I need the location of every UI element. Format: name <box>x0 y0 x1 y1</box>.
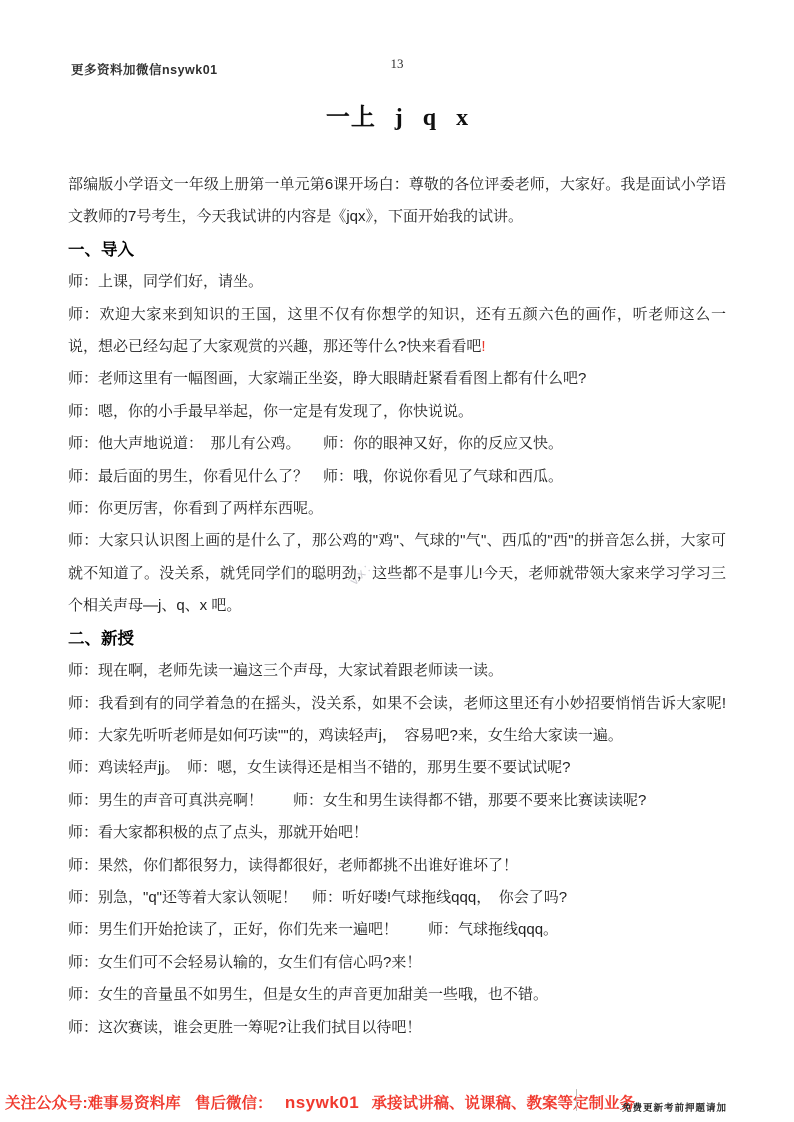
paragraph: 师：嗯，你的小手最早举起，你一定是有发现了，你快说说。 <box>68 396 726 428</box>
document-title: 一上 j q x <box>0 96 794 133</box>
promo-wechat-id: nsywk01 <box>285 1093 359 1112</box>
paragraph: 师：看大家都积极的点了点头，那就开始吧！ <box>68 817 726 849</box>
paragraph: 师：大家只认识图上画的是什么了，那公鸡的"鸡"、气球的"气"、西瓜的"西"的拼音… <box>68 525 726 622</box>
paragraph: 师：这次赛读，谁会更胜一筹呢?让我们拭目以待吧！ <box>68 1012 726 1044</box>
paragraph: 师：上课，同学们好，请坐。 <box>68 266 726 298</box>
paragraph: 师：你更厉害，你看到了两样东西呢。 <box>68 493 726 525</box>
promo-services: 承接试讲稿、说课稿、教案等定制业务 <box>372 1095 636 1112</box>
paragraph: 师：别急，"q"还等着大家认领呢！ 师：听好喽!气球拖线qqq， 你会了吗? <box>68 882 726 914</box>
paragraph: 师：现在啊，老师先读一遍这三个声母，大家试着跟老师读一读。 <box>68 655 726 687</box>
footer-divider <box>576 1089 577 1111</box>
title-letters: j q x <box>395 105 468 131</box>
promo-wechat-label: 售后微信： <box>195 1095 273 1112</box>
paragraph: 师：老师这里有一幅图画，大家端正坐姿，睁大眼睛赶紧看看图上都有什么吧? <box>68 363 726 395</box>
paragraph: 师：男生们开始抢读了，正好，你们先来一遍吧！ 师：气球拖线qqq。 <box>68 914 726 946</box>
document-page: 更多资料加微信nsywk01 13 一上 j q x vx: 部编版小学语文一年… <box>0 0 794 1122</box>
paragraph: 师：我看到有的同学着急的在摇头，没关系，如果不会读，老师这里还有小妙招要悄悄告诉… <box>68 688 726 753</box>
paragraph: 师：果然，你们都很努力，读得都很好，老师都挑不出谁好谁坏了！ <box>68 850 726 882</box>
paragraph: 师：鸡读轻声jj。 师：嗯，女生读得还是相当不错的，那男生要不要试试呢? <box>68 752 726 784</box>
section-heading: 二、新授 <box>68 623 726 655</box>
paragraph: 师：欢迎大家来到知识的王国，这里不仅有你想学的知识，还有五颜六色的画作，听老师这… <box>68 299 726 364</box>
page-number: 13 <box>0 56 794 72</box>
paragraph: 师：女生的音量虽不如男生，但是女生的声音更加甜美一些哦，也不错。 <box>68 979 726 1011</box>
paragraph: 部编版小学语文一年级上册第一单元第6课开场白：尊敬的各位评委老师，大家好。我是面… <box>68 169 726 234</box>
title-chinese: 一上 <box>326 104 376 131</box>
document-body: 部编版小学语文一年级上册第一单元第6课开场白：尊敬的各位评委老师，大家好。我是面… <box>68 169 726 1044</box>
footer-note: 免费更新考前押题请加 <box>622 1100 727 1114</box>
footer-promo: 关注公众号:难事易资料库 售后微信： nsywk01 承接试讲稿、说课稿、教案等… <box>5 1091 635 1113</box>
paragraph: 师：女生们可不会轻易认输的，女生们有信心吗?来！ <box>68 947 726 979</box>
promo-prefix: 关注公众号:难事易资料库 <box>5 1095 181 1112</box>
paragraph: 师：他大声地说道： 那儿有公鸡。 师：你的眼神又好，你的反应又快。 <box>68 428 726 460</box>
paragraph: 师：最后面的男生，你看见什么了？ 师：哦，你说你看见了气球和西瓜。 <box>68 461 726 493</box>
section-heading: 一、导入 <box>68 234 726 266</box>
paragraph: 师：男生的声音可真洪亮啊！ 师：女生和男生读得都不错，那要不要来比赛读读呢? <box>68 785 726 817</box>
